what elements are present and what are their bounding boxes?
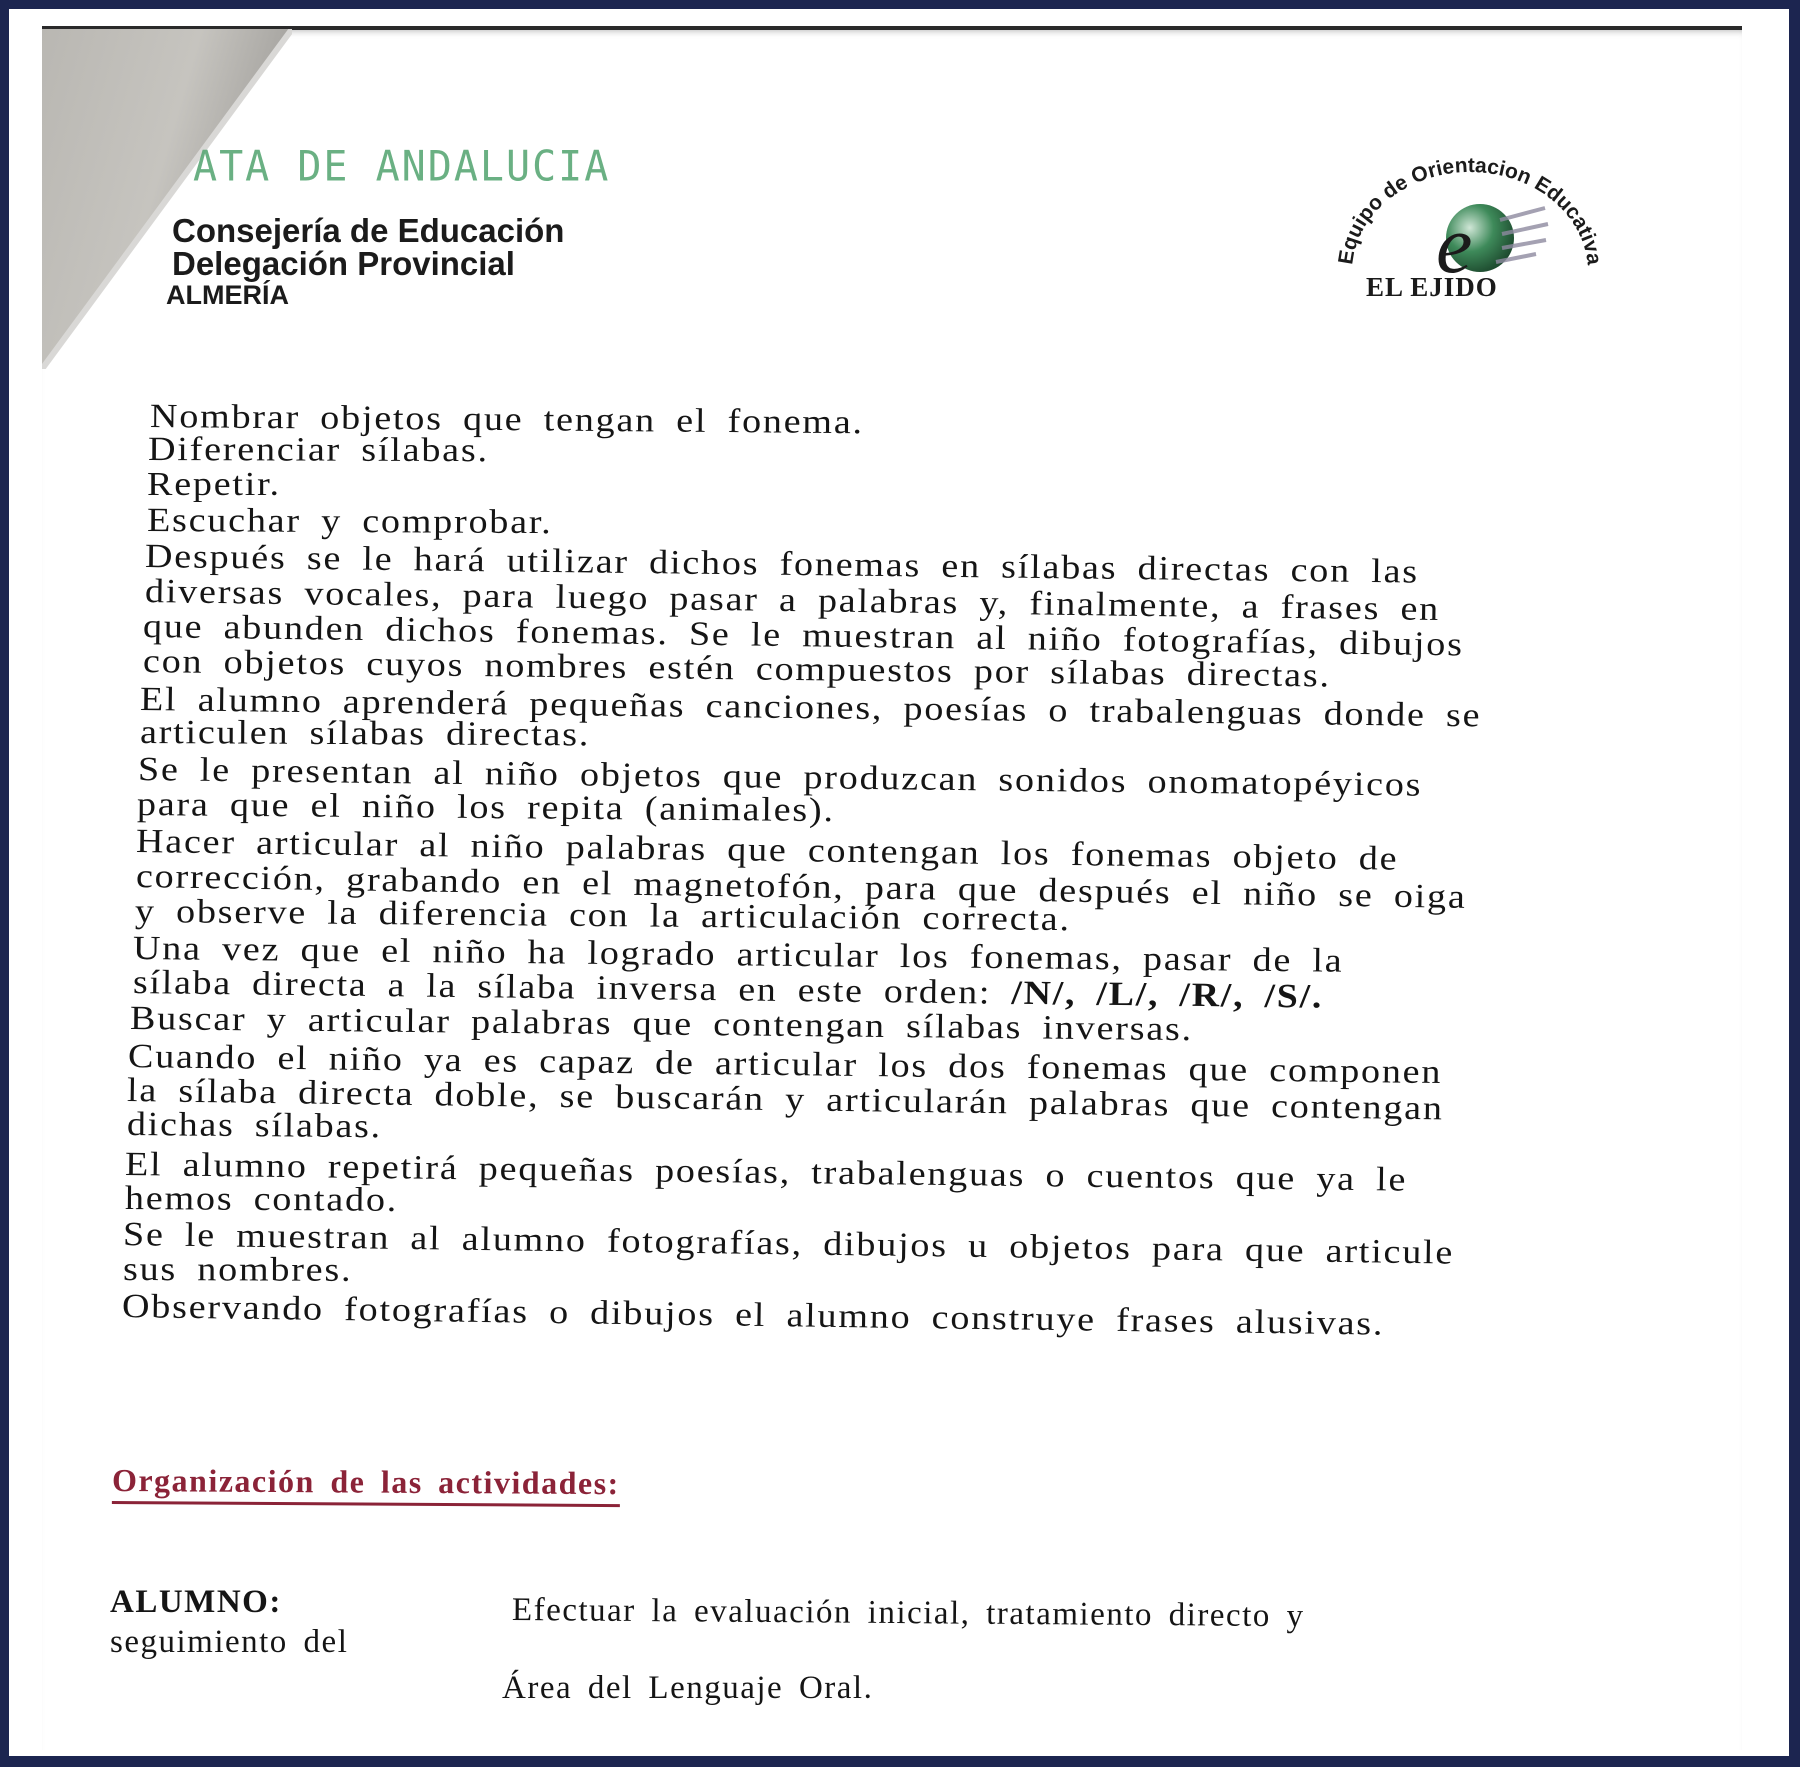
body-line: Repetir. <box>147 468 281 502</box>
row-description-line2: Área del Lenguaje Oral. <box>502 1670 873 1707</box>
junta-andalucia-stamp: ATA DE ANDALUCIA <box>193 143 610 191</box>
row-label-alumno: ALUMNO: <box>110 1584 282 1621</box>
logo-name-el-ejido: EL EJIDO <box>1366 272 1498 303</box>
body-line: hemos contado. <box>125 1182 398 1218</box>
page-curl-icon <box>42 29 292 369</box>
org-line-delegacion: Delegación Provincial <box>172 247 564 280</box>
body-line: para que el niño los repita (animales). <box>137 788 835 828</box>
body-line: sus nombres. <box>123 1253 352 1288</box>
org-line-consejeria: Consejería de Educación <box>172 214 564 247</box>
body-line: dichas sílabas. <box>127 1108 382 1144</box>
org-line-city: ALMERÍA <box>166 282 564 309</box>
body-line: Diferenciar sílabas. <box>148 433 489 468</box>
row-description-line1: Efectuar la evaluación inicial, tratamie… <box>512 1592 1305 1635</box>
row-sublabel: seguimiento del <box>110 1624 348 1661</box>
body-line: Escuchar y comprobar. <box>147 504 553 540</box>
organization-header: Consejería de Educación Delegación Provi… <box>172 214 564 309</box>
section-heading: Organización de las actividades: <box>112 1462 620 1507</box>
body-line: articulen sílabas directas. <box>140 716 590 752</box>
